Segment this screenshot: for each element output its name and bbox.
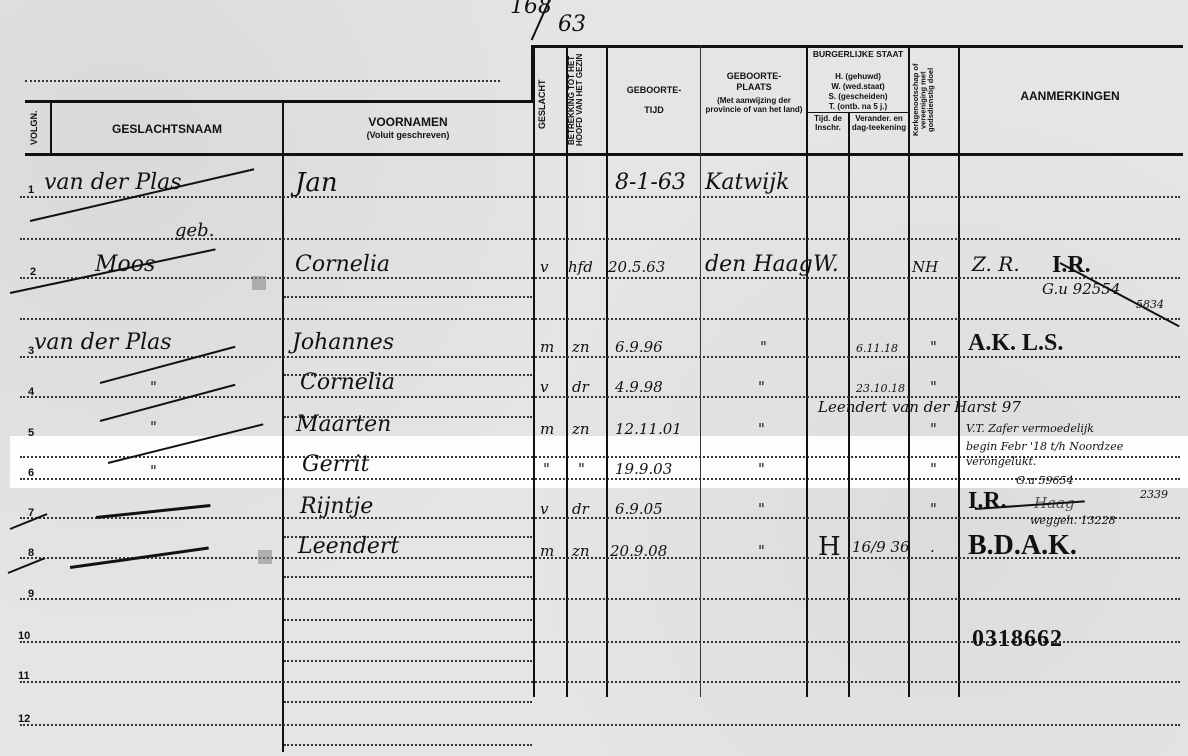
remark-row5-name: Leendert van der Harst 97 — [818, 398, 1021, 416]
seal-mark — [258, 550, 272, 564]
seal-mark — [252, 276, 266, 290]
persoonskaart-document: 168 63 VOLGN. GESLACHTSNAAM VOORNAMEN (V… — [0, 0, 1188, 756]
header-geboorteplaats-sub: (Met aanwijzing der provincie of van het… — [704, 97, 804, 115]
header-volgn: VOLGN. — [30, 108, 44, 148]
birthplace-row3: " — [760, 338, 767, 356]
date-row3: 6.11.18 — [856, 342, 898, 355]
surname-row6: " — [150, 462, 157, 480]
relation-row7: dr — [572, 500, 589, 518]
given-row3: Johannes — [292, 330, 394, 355]
remark-row6-number: G.u 59654 — [1016, 474, 1073, 487]
given-row5: Maarten — [296, 412, 391, 437]
birthdate-row4: 4.9.98 — [615, 378, 663, 396]
relation-row4: dr — [572, 378, 589, 396]
sex-row2: v — [540, 258, 548, 276]
stamp-bdak-row8: B.D.A.K. — [968, 530, 1077, 562]
remark-row6-note: begin Febr '18 t/h Noordzee — [966, 440, 1123, 453]
row-number: 1 — [28, 184, 34, 196]
strikethrough-line — [8, 557, 46, 574]
birthplace-row2: den Haag — [705, 252, 813, 277]
header-geboorteplaats-2: PLAATS — [702, 83, 806, 93]
header-geboortetijd-2: TIJD — [608, 106, 700, 116]
col-line — [282, 436, 284, 488]
header-burgerlijke-staat: BURGERLIJKE STAAT — [808, 50, 908, 59]
rule-row2 — [20, 277, 1180, 279]
col-line — [848, 436, 850, 488]
row-number: 12 — [18, 713, 30, 725]
bs-option-h: H. (gehuwd) — [808, 72, 908, 82]
birthplace-row6: " — [758, 460, 765, 478]
religion-row6: " — [930, 460, 937, 478]
remark-row7-number: 2339 — [1140, 488, 1168, 501]
remark-row7-weggeh: weggeh. 13228 — [1030, 514, 1116, 527]
remark-row2-zr: Z. R. — [972, 252, 1020, 276]
birthdate-row3: 6.9.96 — [615, 338, 663, 356]
given-row8: Leendert — [298, 534, 399, 559]
birthdate-row6: 19.9.03 — [615, 460, 672, 478]
date-row8: 16/9 36 — [852, 538, 910, 556]
civil-row2: W. — [813, 252, 839, 277]
given-row4: Cornelia — [300, 370, 395, 395]
bs-option-t: T. (ontb. na 5 j.) — [808, 102, 908, 112]
bs-option-s: S. (gescheiden) — [808, 92, 908, 102]
row-number: 10 — [18, 630, 30, 642]
rule-sub — [284, 296, 532, 298]
rule-sub — [284, 576, 532, 578]
civil-row8: H — [818, 532, 841, 562]
rule-row1 — [20, 196, 1180, 198]
rule-row7 — [20, 517, 1180, 519]
header-kerkgenootschap: Kerkgenootschap of vereeniging met godsd… — [912, 50, 954, 150]
sex-row4: v — [540, 378, 548, 396]
row-number: 9 — [28, 588, 34, 600]
birthplace-row1: Katwijk — [705, 170, 789, 195]
rule-row2b — [20, 318, 1180, 320]
religion-row4: " — [930, 378, 937, 396]
birthdate-row1: 8-1-63 — [615, 170, 686, 195]
top-dotted-line — [25, 80, 500, 82]
row-number: 5 — [28, 427, 34, 439]
birthdate-row2: 20.5.63 — [608, 258, 665, 276]
col-line — [533, 436, 535, 488]
serial-number-stamp: 0318662 — [972, 626, 1063, 653]
bs-subdivider — [806, 112, 908, 113]
surname-row2-prefix: geb. — [175, 220, 214, 241]
header-voornamen: VOORNAMEN — [284, 116, 532, 129]
birthdate-row8: 20.9.08 — [610, 542, 667, 560]
col-line — [958, 436, 960, 488]
surname-row4: " — [150, 378, 157, 396]
header-verander: Verander. en dag-teekening — [850, 115, 908, 133]
religion-row8: . — [930, 538, 935, 556]
header-bs-options: H. (gehuwd) W. (wed.staat) S. (gescheide… — [808, 72, 908, 112]
relation-row6: " — [578, 460, 585, 478]
given-row1: Jan — [295, 168, 338, 198]
date-row4: 23.10.18 — [856, 382, 905, 395]
header-aanmerkingen: AANMERKINGEN — [960, 90, 1180, 103]
religion-row3: " — [930, 338, 937, 356]
header-geboortetijd-1: GEBOORTE- — [608, 86, 700, 96]
header-geboorteplaats-1: GEBOORTE- — [702, 72, 806, 82]
remark-row5-note: V.T. Zafer vermoedelijk — [966, 422, 1094, 435]
rule-sub — [284, 660, 532, 662]
birthplace-row8: " — [758, 542, 765, 560]
religion-row7: " — [930, 500, 937, 518]
row-number: 4 — [28, 386, 34, 398]
header-bottom-rule — [25, 153, 1183, 156]
header-voornamen-sub: (Voluit geschreven) — [284, 131, 532, 141]
rule-row6 — [20, 478, 1180, 480]
header-betrekking: BETREKKING TOT HET HOOFD VAN HET GEZIN — [568, 52, 604, 148]
header-top-rule-right — [533, 45, 1183, 48]
birthplace-row7: " — [758, 500, 765, 518]
rule-sub — [284, 619, 532, 621]
given-row6: Gerrit — [302, 452, 370, 477]
relation-row8: zn — [572, 542, 590, 560]
row-number: 11 — [18, 670, 30, 682]
bs-option-w: W. (wed.staat) — [808, 82, 908, 92]
surname-row3: van der Plas — [34, 330, 172, 355]
sex-row6: " — [543, 460, 550, 478]
stamp-akls-row3: A.K. L.S. — [968, 330, 1063, 357]
col-line — [606, 436, 608, 488]
strikethrough-line — [100, 384, 236, 422]
remark-row6-note2: verongelukt. — [966, 455, 1036, 468]
birthdate-row5: 12.11.01 — [615, 420, 682, 438]
religion-row2: NH — [912, 258, 938, 276]
header-geslacht: GESLACHT — [538, 60, 562, 148]
relation-row2: hfd — [568, 258, 593, 276]
rule-row11 — [20, 681, 1180, 683]
birthdate-row7: 6.9.05 — [615, 500, 663, 518]
stamp-ir-row7: I.R. — [968, 488, 1007, 515]
header-tijd-inschr: Tijd. de Inschr. — [808, 115, 848, 133]
rule-sub — [284, 701, 532, 703]
sex-row8: m — [540, 542, 554, 560]
sex-row5: m — [540, 420, 554, 438]
sex-row7: v — [540, 500, 548, 518]
col-line — [908, 436, 910, 488]
birthplace-row4: " — [758, 378, 765, 396]
header-top-rule-left — [25, 100, 533, 103]
sex-row3: m — [540, 338, 554, 356]
rule-row12 — [20, 724, 1180, 726]
religion-row5: " — [930, 420, 937, 438]
given-row2: Cornelia — [295, 252, 390, 277]
relation-row5: zn — [572, 420, 590, 438]
header-geslachtsnaam: GESLACHTSNAAM — [52, 123, 282, 136]
row-number: 6 — [28, 467, 34, 479]
row-number: 8 — [28, 547, 34, 559]
given-row7: Rijntje — [300, 494, 373, 519]
row-number: 2 — [30, 266, 36, 278]
col-line — [566, 436, 568, 488]
col-line — [700, 436, 701, 488]
birthplace-row5: " — [758, 420, 765, 438]
rule-sub — [284, 744, 532, 746]
col-line — [806, 436, 808, 488]
relation-row3: zn — [572, 338, 590, 356]
rule-row9 — [20, 598, 1180, 600]
surname-row5: " — [150, 418, 157, 436]
